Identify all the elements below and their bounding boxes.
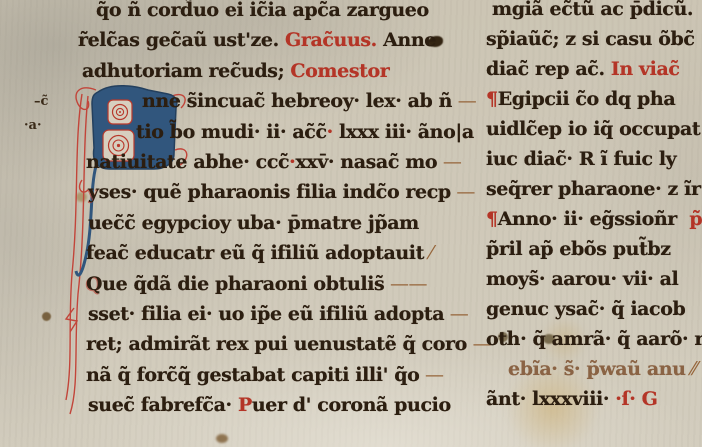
rubric-text: In viac̃ (611, 58, 680, 80)
margin-mark-dash: –c̃ (34, 94, 48, 109)
body-text: ses· quẽ pharaonis filia indc̃o recp (99, 181, 451, 203)
text-line: yses· quẽ pharaonis filia indc̃o recp — (78, 177, 490, 207)
text-line: q̃o ñ cord̃uo ei ic̃ia apc̃a zargueo (78, 0, 490, 25)
rubric-text: Grac̃uus. (279, 29, 377, 51)
text-line: sset· filia ei· uo ip̃e eũ ifiliũ adopta… (78, 299, 490, 329)
body-text: natiuitate abhe· ccc̃ (86, 151, 289, 173)
body-text: q̃o ñ cord̃uo ei ic̃ia apc̃a zargueo (96, 0, 429, 21)
text-line: uec̃c̃ egypcioy uba· p̄matre jp̃am (78, 208, 490, 238)
body-text: Q (86, 273, 102, 295)
body-text: adhutoriam rec̃uds; (82, 60, 284, 82)
manuscript-page: –c̃ ·a· q̃ (0, 0, 702, 447)
body-text: uec̃c̃ egypcioy uba· p̄matre jp̃am (88, 212, 419, 234)
body-text: ãnt· lxxxviii· (486, 388, 609, 410)
body-text: oth· q̃ amrã· q̃ aarõ· r (486, 328, 702, 350)
text-line: ¶Egipcii c̃o dq pha (486, 84, 702, 114)
body-text: Egipcii c̃o dq pha (498, 88, 676, 110)
body-text: Anno· ii· eg̃ssioñr (498, 208, 677, 230)
text-line: p̃ril ap̃ ebõs put̃bz (486, 234, 702, 264)
body-text: suec̃ fabrefc̃a· (88, 394, 232, 416)
rubric-text: ·ſ· (609, 388, 635, 410)
body-text: uer d' coronã pucio (252, 394, 451, 416)
body-text: r̃elc̃as gec̃aũ ust'ze. (78, 29, 279, 51)
text-line: oth· q̃ amrã· q̃ aarõ· r ⁄ (486, 324, 702, 354)
body-text: y (88, 181, 99, 203)
body-text: xxv̄· nasac̃ mo (295, 151, 437, 173)
text-line: nã q̃ forc̃q̃ gestabat capiti illi' q̃o … (78, 360, 490, 390)
body-text: uidlc̃ep io iq̃ occupat (486, 118, 700, 140)
line-filler-dash: ⁄⁄ (686, 358, 697, 380)
body-text: nã q̃ forc̃q̃ gestabat capiti illi' q̃o (86, 364, 419, 386)
line-filler-dash: — (451, 181, 475, 203)
text-line: natiuitate abhe· ccc̃·xxv̄· nasac̃ mo — (78, 147, 490, 177)
rubric-text: G (635, 388, 657, 410)
rubric-text: ¶ (486, 88, 498, 110)
body-text: p̃ril ap̃ ebõs put̃bz (486, 238, 671, 260)
speck-dark-bottom (216, 434, 228, 443)
body-text: lxxx iii· ãno|a (333, 121, 474, 143)
text-line: genuc ysac̃· q̃ iacob (486, 294, 702, 324)
body-text: iuc diac̃· R ĩ fuic ly (486, 148, 676, 170)
rubric-text: ¶ (486, 208, 498, 230)
text-line: ¶Anno· ii· eg̃ssioñr p̃ (486, 204, 702, 234)
text-line: seq̃rer pharaone· z ĩr (486, 174, 702, 204)
rubric-text: p̃ (677, 208, 702, 230)
body-text: ue q̃dã die pharaoni obtulis̃ (102, 273, 384, 295)
text-line: moys̃· aarou· vii· al (486, 264, 702, 294)
left-text-column: q̃o ñ cord̃uo ei ic̃ia apc̃a zargueor̃el… (78, 0, 490, 420)
text-line: tio b̃o mudi· ii· ac̃c̃· lxxx iii· ãno|a (78, 117, 490, 147)
text-line: Que q̃dã die pharaoni obtulis̃ —— (78, 269, 490, 299)
rubric-text: P (232, 394, 252, 416)
body-text: ret; admirãt rex pui uenustatẽ q̃ coro (86, 333, 467, 355)
body-text: genuc ysac̃· q̃ iacob (486, 298, 685, 320)
body-text: mgiã ec̃tũ ac p̄dicũ. (492, 0, 693, 20)
speck-dark-left-margin (42, 312, 51, 321)
body-text: sset· filia ei· uo ip̃e eũ ifiliũ adopta (88, 303, 444, 325)
text-line: uidlc̃ep io iq̃ occupat (486, 114, 702, 144)
line-filler-dash: — (437, 151, 461, 173)
text-line: r̃elc̃as gec̃aũ ust'ze. Grac̃uus. Anne (78, 25, 490, 55)
body-text: feac̃ educatr eũ q̃ ifiliũ adoptauit (86, 242, 424, 264)
line-filler-dash: —— (384, 273, 427, 295)
line-filler-dash: — (452, 90, 476, 112)
line-filler-dash: ⁄ (424, 242, 432, 264)
text-line: ret; admirãt rex pui uenustatẽ q̃ coro — (78, 329, 490, 359)
text-line: ãnt· lxxxviii· ·ſ· G (486, 384, 702, 414)
body-text: tio b̃o mudi· ii· ac̃c̃ (136, 121, 327, 143)
line-filler-dash: — (419, 364, 443, 386)
body-text: diac̃ rep ac̃. (486, 58, 611, 80)
text-line: nne s̃incuac̃ hebreoy· lex· ab ñ — (78, 86, 490, 116)
line-filler-dash: — (444, 303, 468, 325)
text-line: iuc diac̃· R ĩ fuic ly (486, 144, 702, 174)
body-text: nne s̃incuac̃ hebreoy· lex· ab ñ (142, 90, 452, 112)
text-line: feac̃ educatr eũ q̃ ifiliũ adoptauit ⁄ (78, 238, 490, 268)
body-text: sp̃iaũc̃; z si casu õbc̃ (486, 28, 695, 50)
body-text: moys̃· aarou· vii· al (486, 268, 678, 290)
text-line: mgiã ec̃tũ ac p̄dicũ. (486, 0, 702, 24)
rubric-text: Comestor (284, 60, 389, 82)
text-line: suec̃ fabrefc̃a· Puer d' coronã pucio (78, 390, 490, 420)
body-text: ebĩa· s̃· p̃waũ anu (508, 358, 686, 380)
right-text-column: mgiã ec̃tũ ac p̄dicũ.sp̃iaũc̃; z si casu… (486, 0, 702, 414)
margin-mark-letter-a: ·a· (24, 118, 41, 133)
body-text: Anne (377, 29, 436, 51)
body-text: seq̃rer pharaone· z ĩr (486, 178, 701, 200)
text-line: adhutoriam rec̃uds; Comestor (78, 56, 490, 86)
text-line: ebĩa· s̃· p̃waũ anu ⁄⁄ (486, 354, 702, 384)
text-line: diac̃ rep ac̃. In viac̃ (486, 54, 702, 84)
text-line: sp̃iaũc̃; z si casu õbc̃ (486, 24, 702, 54)
